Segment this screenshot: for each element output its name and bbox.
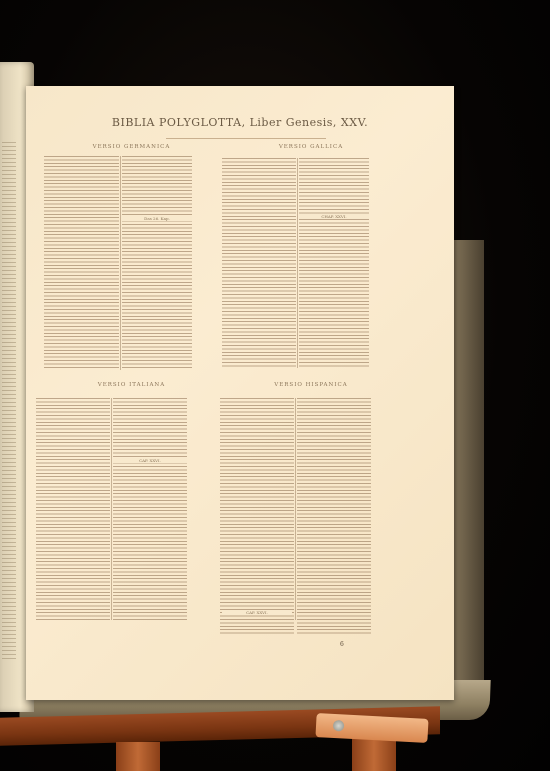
section-heading: VERSIO ITALIANA	[44, 382, 219, 388]
text-column	[44, 156, 119, 370]
book-page: BIBLIA POLYGLOTTA, Liber Genesis, XXV. V…	[26, 86, 454, 700]
column-divider	[111, 398, 112, 620]
subheading: CHAP. XXVI.	[299, 214, 369, 219]
section-heading: VERSIO HISPANICA	[221, 382, 401, 388]
section-heading: VERSIO GALLICA	[221, 144, 401, 150]
page-title: BIBLIA POLYGLOTTA, Liber Genesis, XXV.	[26, 116, 454, 129]
subheading: CAP. XXVI.	[222, 610, 292, 615]
left-page-text	[2, 142, 16, 662]
screw-icon	[333, 720, 345, 732]
text-column	[299, 158, 369, 368]
text-column	[222, 158, 296, 368]
photo-scene: BIBLIA POLYGLOTTA, Liber Genesis, XXV. V…	[0, 0, 550, 771]
section-germanica: VERSIO GERMANICA	[44, 144, 219, 154]
text-column	[297, 398, 371, 634]
text-column	[36, 398, 110, 620]
text-column	[113, 398, 187, 620]
subheading: Das 26. Kap.	[122, 216, 192, 221]
subheading: CAP. XXVI.	[113, 458, 187, 463]
section-gallica: VERSIO GALLICA	[221, 144, 401, 154]
page-number: 6	[340, 641, 344, 648]
column-divider	[297, 158, 298, 368]
easel-leg	[116, 742, 160, 771]
section-hispanica: VERSIO HISPANICA	[221, 382, 401, 392]
column-divider	[120, 156, 121, 370]
easel-leg	[352, 738, 396, 771]
section-italiana: VERSIO ITALIANA	[44, 382, 219, 392]
text-column	[122, 156, 192, 370]
title-rule	[166, 138, 326, 139]
section-heading: VERSIO GERMANICA	[44, 144, 219, 150]
column-divider	[295, 398, 296, 620]
text-column	[220, 398, 294, 634]
